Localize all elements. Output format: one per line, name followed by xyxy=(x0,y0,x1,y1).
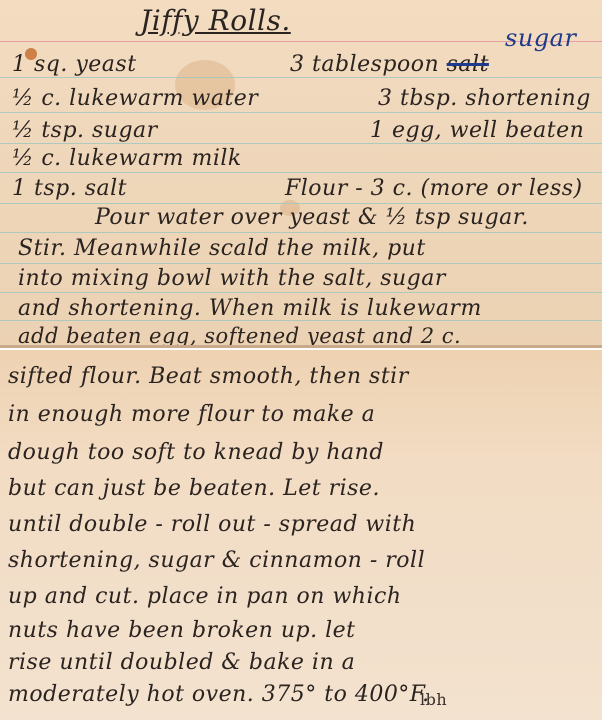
instruction-line-1: Pour water over yeast & ½ tsp sugar. xyxy=(95,205,529,230)
instruction-line-8: dough too soft to knead by hand xyxy=(8,440,384,465)
instruction-line-6: sifted flour. Beat smooth, then stir xyxy=(8,364,409,389)
ingredient-left-4: ½ c. lukewarm milk xyxy=(12,146,242,171)
recipe-card-back: sifted flour. Beat smooth, then stir in … xyxy=(0,350,602,720)
ingredient-right-2: 3 tbsp. shortening xyxy=(378,86,591,111)
correction-annotation: sugar xyxy=(505,24,576,52)
ruled-line xyxy=(0,112,602,113)
ingredient-amount: 3 tablespoon xyxy=(290,52,439,77)
initials: lbh xyxy=(420,690,447,709)
ingredient-left-5: 1 tsp. salt xyxy=(12,176,127,201)
instruction-line-2: Stir. Meanwhile scald the milk, put xyxy=(18,236,426,261)
ruled-line xyxy=(0,143,602,144)
instruction-line-15: moderately hot oven. 375° to 400°F. xyxy=(8,682,430,707)
ingredient-left-2: ½ c. lukewarm water xyxy=(12,86,258,111)
ingredient-right-1: 3 tablespoon salt xyxy=(290,52,489,77)
instruction-line-7: in enough more flour to make a xyxy=(8,402,375,427)
instruction-line-13: nuts have been broken up. let xyxy=(8,618,355,643)
ruled-line xyxy=(0,172,602,173)
ingredient-right-3: 1 egg, well beaten xyxy=(370,118,584,143)
instruction-line-4: and shortening. When milk is lukewarm xyxy=(18,296,482,321)
ruled-line xyxy=(0,77,602,78)
ingredient-right-4: Flour - 3 c. (more or less) xyxy=(285,176,583,201)
ruled-line xyxy=(0,203,602,204)
ruled-line xyxy=(0,292,602,293)
recipe-card-front: Jiffy Rolls. 1 sq. yeast ½ c. lukewarm w… xyxy=(0,0,602,348)
instruction-line-10: until double - roll out - spread with xyxy=(8,512,416,537)
instruction-line-5: add beaten egg, softened yeast and 2 c. xyxy=(18,324,461,348)
instruction-line-12: up and cut. place in pan on which xyxy=(8,584,402,609)
card-edge xyxy=(602,0,609,720)
ruled-line xyxy=(0,232,602,233)
ingredient-left-1: 1 sq. yeast xyxy=(12,52,137,77)
recipe-title: Jiffy Rolls. xyxy=(140,4,291,37)
instruction-line-3: into mixing bowl with the salt, sugar xyxy=(18,266,446,291)
ruled-line xyxy=(0,263,602,264)
instruction-line-9: but can just be beaten. Let rise. xyxy=(8,476,380,501)
instruction-line-14: rise until doubled & bake in a xyxy=(8,650,355,675)
crossed-out-word: salt xyxy=(447,52,489,77)
instruction-line-11: shortening, sugar & cinnamon - roll xyxy=(8,548,425,573)
ingredient-left-3: ½ tsp. sugar xyxy=(12,118,158,143)
